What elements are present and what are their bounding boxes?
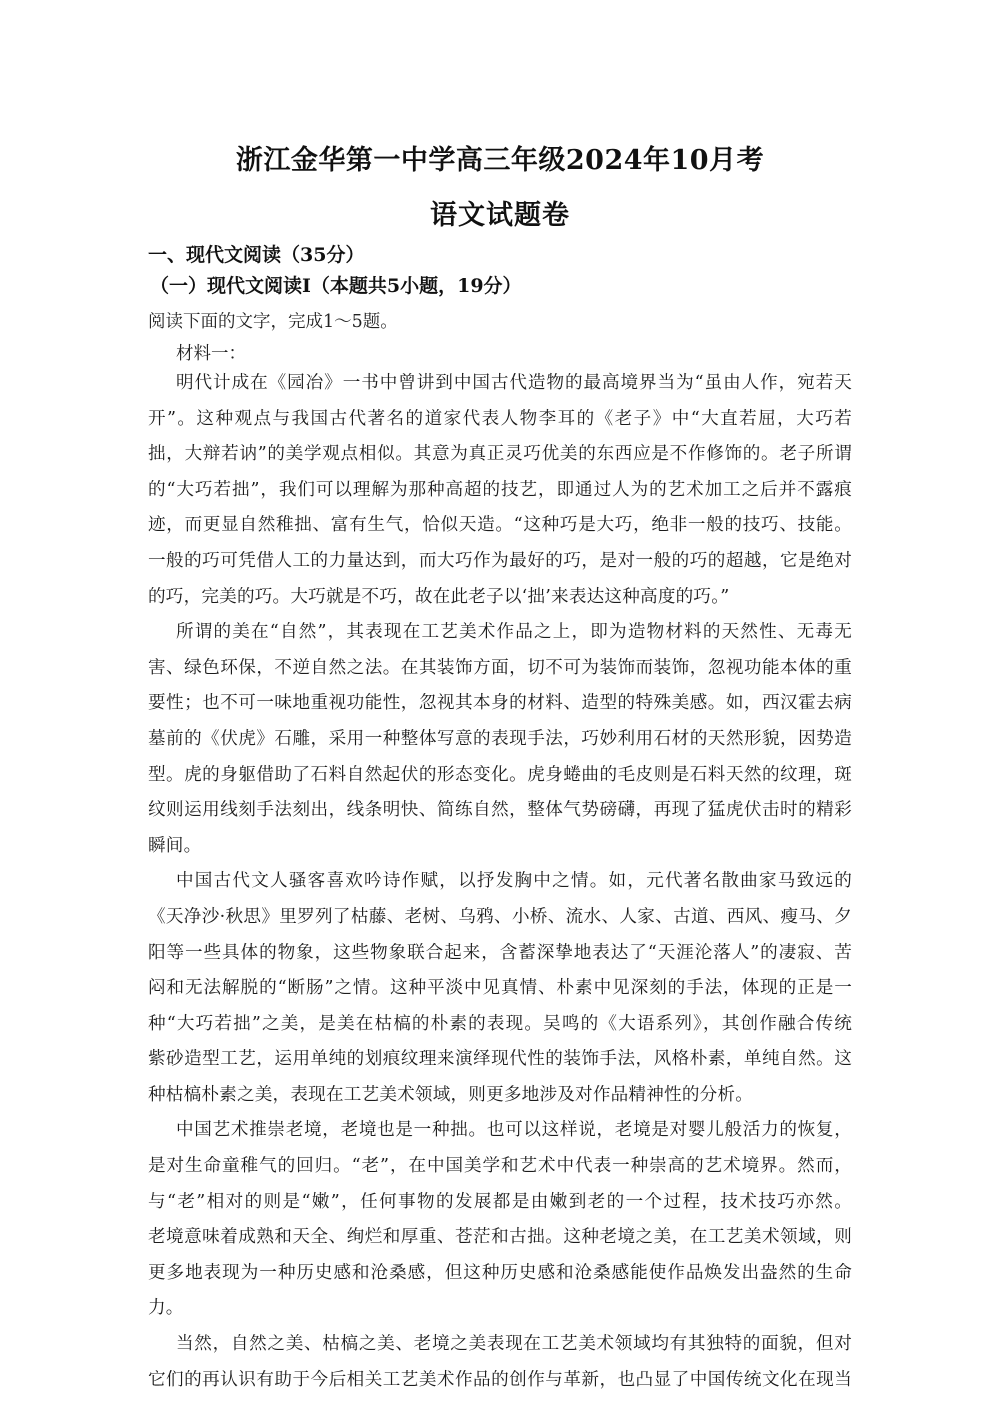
text-line: 力。 (148, 1291, 852, 1327)
text-line: 明代计成在《园冶》一书中曾讲到中国古代造物的最高境界当为“虽由人作，宛若天 (148, 366, 852, 402)
text-line: 纹则运用线刻手法刻出，线条明快、简练自然，整体气势磅礴，再现了猛虎伏击时的精彩 (148, 793, 852, 829)
text-line: 所谓的美在“自然”，其表现在工艺美术作品之上，即为造物材料的天然性、无毒无 (148, 615, 852, 651)
subsection-heading: （一）现代文阅读Ⅰ（本题共5小题，19分） (150, 271, 522, 301)
text-line: 《天净沙·秋思》里罗列了枯藤、老树、乌鸦、小桥、流水、人家、古道、西风、瘦马、夕 (148, 900, 852, 936)
passage-body: 明代计成在《园冶》一书中曾讲到中国古代造物的最高境界当为“虽由人作，宛若天 开”… (148, 366, 852, 1398)
exam-subtitle: 语文试题卷 (0, 196, 1000, 236)
text-line: 老境意味着成熟和天全、绚烂和厚重、苍茫和古拙。这种老境之美，在工艺美术领域，则 (148, 1220, 852, 1256)
exam-page: 浙江金华第一中学高三年级2024年10月考 语文试题卷 一、现代文阅读（35分）… (0, 0, 1000, 1414)
text-line: 的巧，完美的巧。大巧就是不巧，故在此老子以‘拙’来表达这种高度的巧。” (148, 580, 852, 616)
paragraph: 中国艺术推崇老境，老境也是一种拙。也可以这样说，老境是对婴儿般活力的恢复， 是对… (148, 1113, 852, 1327)
text-line: 害、绿色环保，不逆自然之法。在其装饰方面，切不可为装饰而装饰，忽视功能本体的重 (148, 651, 852, 687)
text-line: 紫砂造型工艺，运用单纯的划痕纹理来演绎现代性的装饰手法，风格朴素，单纯自然。这 (148, 1042, 852, 1078)
exam-title: 浙江金华第一中学高三年级2024年10月考 (0, 141, 1000, 181)
text-line: 种枯槁朴素之美，表现在工艺美术领域，则更多地涉及对作品精神性的分析。 (148, 1078, 852, 1114)
text-line: 中国艺术推崇老境，老境也是一种拙。也可以这样说，老境是对婴儿般活力的恢复， (148, 1113, 852, 1149)
text-line: 型。虎的身躯借助了石料自然起伏的形态变化。虎身蜷曲的毛皮则是石料天然的纹理，斑 (148, 758, 852, 794)
material-label: 材料一： (176, 339, 246, 369)
text-line: 当然，自然之美、枯槁之美、老境之美表现在工艺美术领域均有其独特的面貌，但对 (148, 1327, 852, 1363)
text-line: 与“老”相对的则是“嫩”，任何事物的发展都是由嫩到老的一个过程，技术技巧亦然。 (148, 1185, 852, 1221)
text-line: 是对生命童稚气的回归。“老”，在中国美学和艺术中代表一种崇高的艺术境界。然而， (148, 1149, 852, 1185)
text-line: 种“大巧若拙”之美，是美在枯槁的朴素的表现。吴鸣的《大语系列》，其创作融合传统 (148, 1007, 852, 1043)
text-line: 它们的再认识有助于今后相关工艺美术作品的创作与革新，也凸显了中国传统文化在现当 (148, 1363, 852, 1399)
text-line: 要性；也不可一味地重视功能性，忽视其本身的材料、造型的特殊美感。如，西汉霍去病 (148, 686, 852, 722)
reading-instruction: 阅读下面的文字，完成1～5题。 (148, 307, 398, 337)
text-line: 阳等一些具体的物象，这些物象联合起来，含蓄深挚地表达了“天涯沦落人”的凄寂、苦 (148, 936, 852, 972)
text-line: 中国古代文人骚客喜欢吟诗作赋，以抒发胸中之情。如，元代著名散曲家马致远的 (148, 864, 852, 900)
paragraph: 中国古代文人骚客喜欢吟诗作赋，以抒发胸中之情。如，元代著名散曲家马致远的 《天净… (148, 864, 852, 1113)
paragraph: 明代计成在《园冶》一书中曾讲到中国古代造物的最高境界当为“虽由人作，宛若天 开”… (148, 366, 852, 615)
text-line: 迹，而更显自然稚拙、富有生气，恰似天造。“这种巧是大巧，绝非一般的技巧、技能。 (148, 508, 852, 544)
text-line: 的“大巧若拙”，我们可以理解为那种高超的技艺，即通过人为的艺术加工之后并不露痕 (148, 473, 852, 509)
text-line: 开”。这种观点与我国古代著名的道家代表人物李耳的《老子》中“大直若屈，大巧若 (148, 402, 852, 438)
text-line: 墓前的《伏虎》石雕，采用一种整体写意的表现手法，巧妙利用石材的天然形貌，因势造 (148, 722, 852, 758)
text-line: 闷和无法解脱的“断肠”之情。这种平淡中见真情、朴素中见深刻的手法，体现的正是一 (148, 971, 852, 1007)
text-line: 拙，大辩若讷”的美学观点相似。其意为真正灵巧优美的东西应是不作修饰的。老子所谓 (148, 437, 852, 473)
paragraph: 所谓的美在“自然”，其表现在工艺美术作品之上，即为造物材料的天然性、无毒无 害、… (148, 615, 852, 864)
text-line: 一般的巧可凭借人工的力量达到，而大巧作为最好的巧，是对一般的巧的超越，它是绝对 (148, 544, 852, 580)
text-line: 瞬间。 (148, 829, 852, 865)
text-line: 更多地表现为一种历史感和沧桑感，但这种历史感和沧桑感能使作品焕发出盎然的生命 (148, 1256, 852, 1292)
paragraph: 当然，自然之美、枯槁之美、老境之美表现在工艺美术领域均有其独特的面貌，但对 它们… (148, 1327, 852, 1398)
section-heading: 一、现代文阅读（35分） (148, 240, 364, 270)
